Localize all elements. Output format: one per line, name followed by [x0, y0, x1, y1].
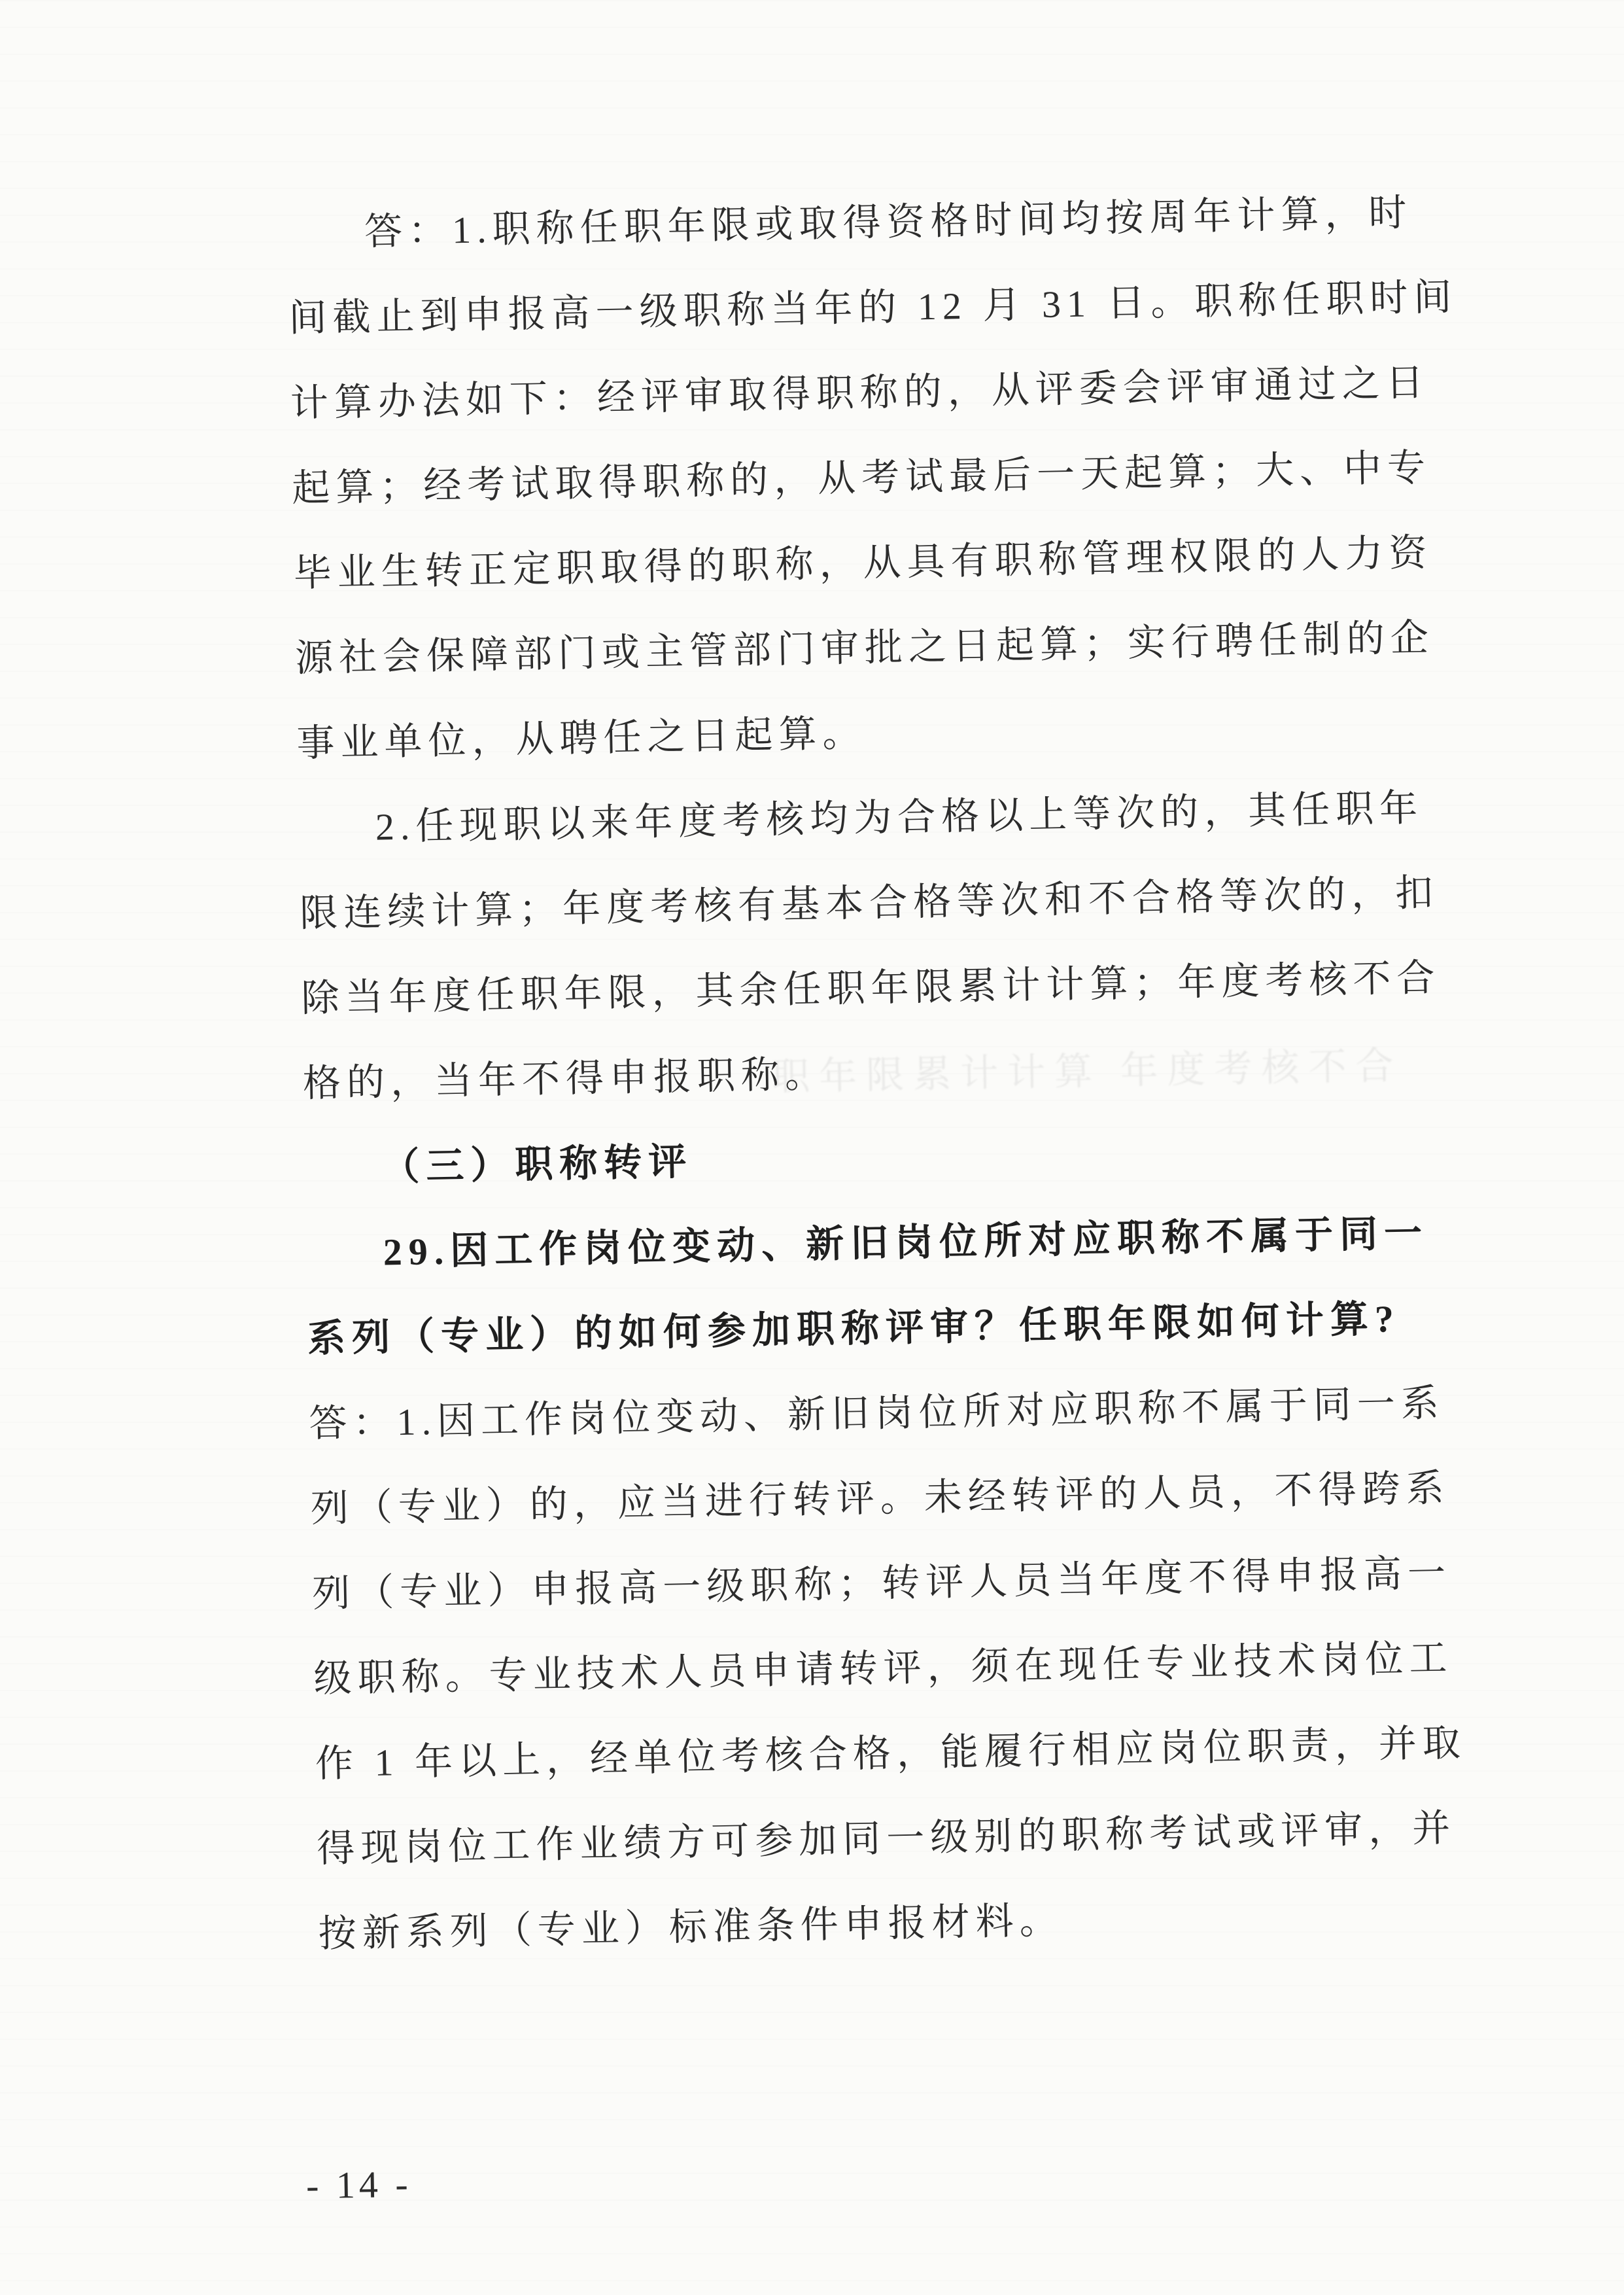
page-number: - 14 -: [305, 2162, 412, 2208]
scanned-page: 职年限累计计算 年度考核不合 答：1.职称任职年限或取得资格时间均按周年计算，时…: [0, 0, 1624, 2295]
document-text-block: 答：1.职称任职年限或取得资格时间均按周年计算，时间截止到申报高一级职称当年的 …: [286, 171, 1434, 1977]
